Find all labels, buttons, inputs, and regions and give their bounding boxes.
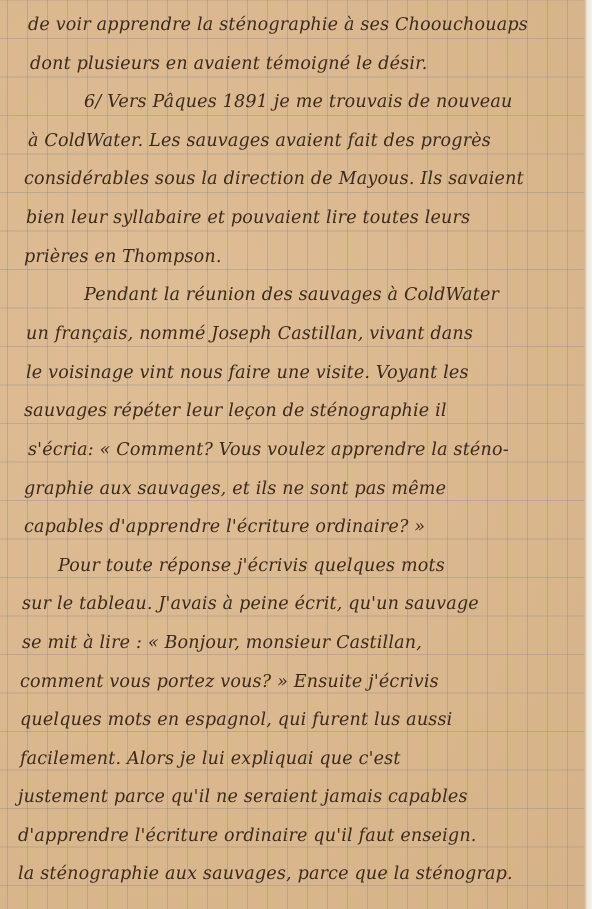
line-text: se mit à lire : « Bonjour, monsieur Cast…	[22, 624, 422, 662]
line-text: d'apprendre l'écriture ordinaire qu'il f…	[18, 817, 477, 855]
line-text: à ColdWater. Les sauvages avaient fait d…	[28, 122, 491, 160]
line-text: comment vous portez vous? » Ensuite j'éc…	[20, 663, 439, 701]
line-text: de voir apprendre la sténographie à ses …	[28, 6, 528, 44]
line-text: Pendant la réunion des sauvages à ColdWa…	[84, 276, 499, 314]
line-text: dont plusieurs en avaient témoigné le dé…	[30, 45, 428, 83]
line-text: sauvages répéter leur leçon de sténograp…	[24, 392, 447, 430]
text-line: de voir apprendre la sténographie à ses …	[28, 6, 528, 44]
text-line: quelques mots en espagnol, qui furent lu…	[20, 701, 452, 739]
line-text: justement parce qu'il ne seraient jamais…	[18, 778, 468, 816]
text-line: Pendant la réunion des sauvages à ColdWa…	[84, 276, 499, 314]
text-line: dont plusieurs en avaient témoigné le dé…	[30, 45, 428, 83]
text-line: la sténographie aux sauvages, parce que …	[18, 855, 513, 893]
text-line: sauvages répéter leur leçon de sténograp…	[24, 392, 447, 430]
text-line: s'écria: « Comment? Vous voulez apprendr…	[28, 431, 509, 469]
line-text: la sténographie aux sauvages, parce que …	[18, 855, 513, 893]
text-line: capables d'apprendre l'écriture ordinair…	[24, 508, 425, 546]
line-text: bien leur syllabaire et pouvaient lire t…	[26, 199, 470, 237]
line-text: s'écria: « Comment? Vous voulez apprendr…	[28, 431, 509, 469]
manuscript-page: de voir apprendre la sténographie à ses …	[0, 0, 584, 909]
text-line: graphie aux sauvages, et ils ne sont pas…	[24, 470, 446, 508]
line-text: considérables sous la direction de Mayou…	[24, 160, 524, 198]
text-line: considérables sous la direction de Mayou…	[24, 160, 524, 198]
line-text: un français, nommé Joseph Castillan, viv…	[26, 315, 473, 353]
page-edge	[584, 0, 592, 909]
text-line: prières en Thompson.	[24, 238, 222, 276]
text-line: sur le tableau. J'avais à peine écrit, q…	[22, 585, 479, 623]
text-line: bien leur syllabaire et pouvaient lire t…	[26, 199, 470, 237]
line-text: prières en Thompson.	[24, 238, 222, 276]
line-text: Pour toute réponse j'écrivis quelques mo…	[58, 547, 445, 585]
text-line: Pour toute réponse j'écrivis quelques mo…	[58, 547, 445, 585]
line-text: graphie aux sauvages, et ils ne sont pas…	[24, 470, 446, 508]
text-line: facilement. Alors je lui expliquai que c…	[20, 740, 401, 778]
line-text: sur le tableau. J'avais à peine écrit, q…	[22, 585, 479, 623]
text-line: justement parce qu'il ne seraient jamais…	[18, 778, 468, 816]
line-text: 6/ Vers Pâques 1891 je me trouvais de no…	[84, 83, 512, 121]
text-line: un français, nommé Joseph Castillan, viv…	[26, 315, 473, 353]
text-line: 6/ Vers Pâques 1891 je me trouvais de no…	[84, 83, 512, 121]
text-line: d'apprendre l'écriture ordinaire qu'il f…	[18, 817, 477, 855]
text-line: se mit à lire : « Bonjour, monsieur Cast…	[22, 624, 422, 662]
line-text: capables d'apprendre l'écriture ordinair…	[24, 508, 425, 546]
text-line: comment vous portez vous? » Ensuite j'éc…	[20, 663, 439, 701]
line-text: facilement. Alors je lui expliquai que c…	[20, 740, 401, 778]
line-text: quelques mots en espagnol, qui furent lu…	[20, 701, 452, 739]
text-line: à ColdWater. Les sauvages avaient fait d…	[28, 122, 491, 160]
text-line: le voisinage vint nous faire une visite.…	[26, 354, 469, 392]
line-text: le voisinage vint nous faire une visite.…	[26, 354, 469, 392]
